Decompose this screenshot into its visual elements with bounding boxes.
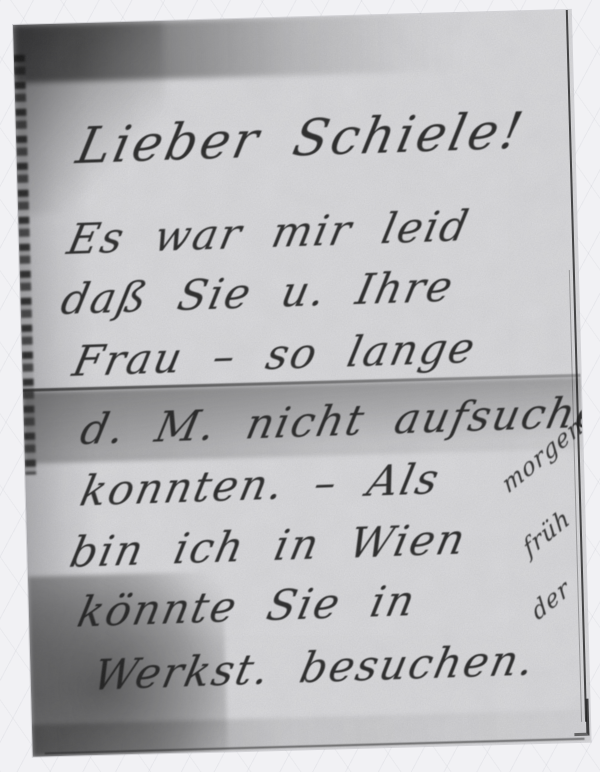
greeting-text: Lieber Schiele! (72, 101, 531, 175)
handwriting-line: Werkst. besuchen. (94, 637, 536, 698)
handwriting-text: könnte Sie in (73, 576, 421, 637)
handwriting-line: konnten. – Als (81, 456, 440, 515)
handwriting-text: Es war mir leid (63, 201, 474, 264)
page-edge-right-inner (569, 270, 582, 722)
handwriting-line: daß Sie u. Ihre (62, 263, 454, 323)
handwriting-line: Es war mir leid (68, 203, 469, 263)
handwriting-text: konnten. – Als (76, 454, 445, 516)
scan-background: Lieber Schiele! Es war mir leid daß Sie … (0, 0, 600, 772)
scan-corner-bracket-bottom-right (573, 699, 589, 736)
handwriting-text: daß Sie u. Ihre (57, 262, 459, 325)
photocopy-smudge-top (13, 13, 464, 83)
page-edge-left (14, 55, 36, 475)
handwriting-edge-word: früh (519, 502, 575, 563)
page-edge-bottom (45, 738, 585, 755)
handwriting-text: d. M. nicht aufsuchen (76, 386, 590, 454)
handwriting-line: d. M. nicht aufsuchen (81, 388, 590, 452)
greeting-line: Lieber Schiele! (77, 103, 524, 173)
handwriting-line: könnte Sie in (78, 577, 416, 635)
handwriting-text: bin ich in Wien (66, 514, 472, 577)
handwriting-line: bin ich in Wien (71, 516, 467, 576)
handwriting-line: Frau – so lange (73, 325, 476, 385)
handwriting-text: Frau – so lange (69, 323, 481, 386)
page-edge-right (566, 10, 587, 722)
handwriting-edge-word: der (527, 573, 574, 626)
handwriting-text: Werkst. besuchen. (89, 635, 540, 699)
letter-page: Lieber Schiele! Es war mir leid daß Sie … (13, 10, 591, 757)
photocopy-smudge-bottom-band (32, 710, 591, 757)
